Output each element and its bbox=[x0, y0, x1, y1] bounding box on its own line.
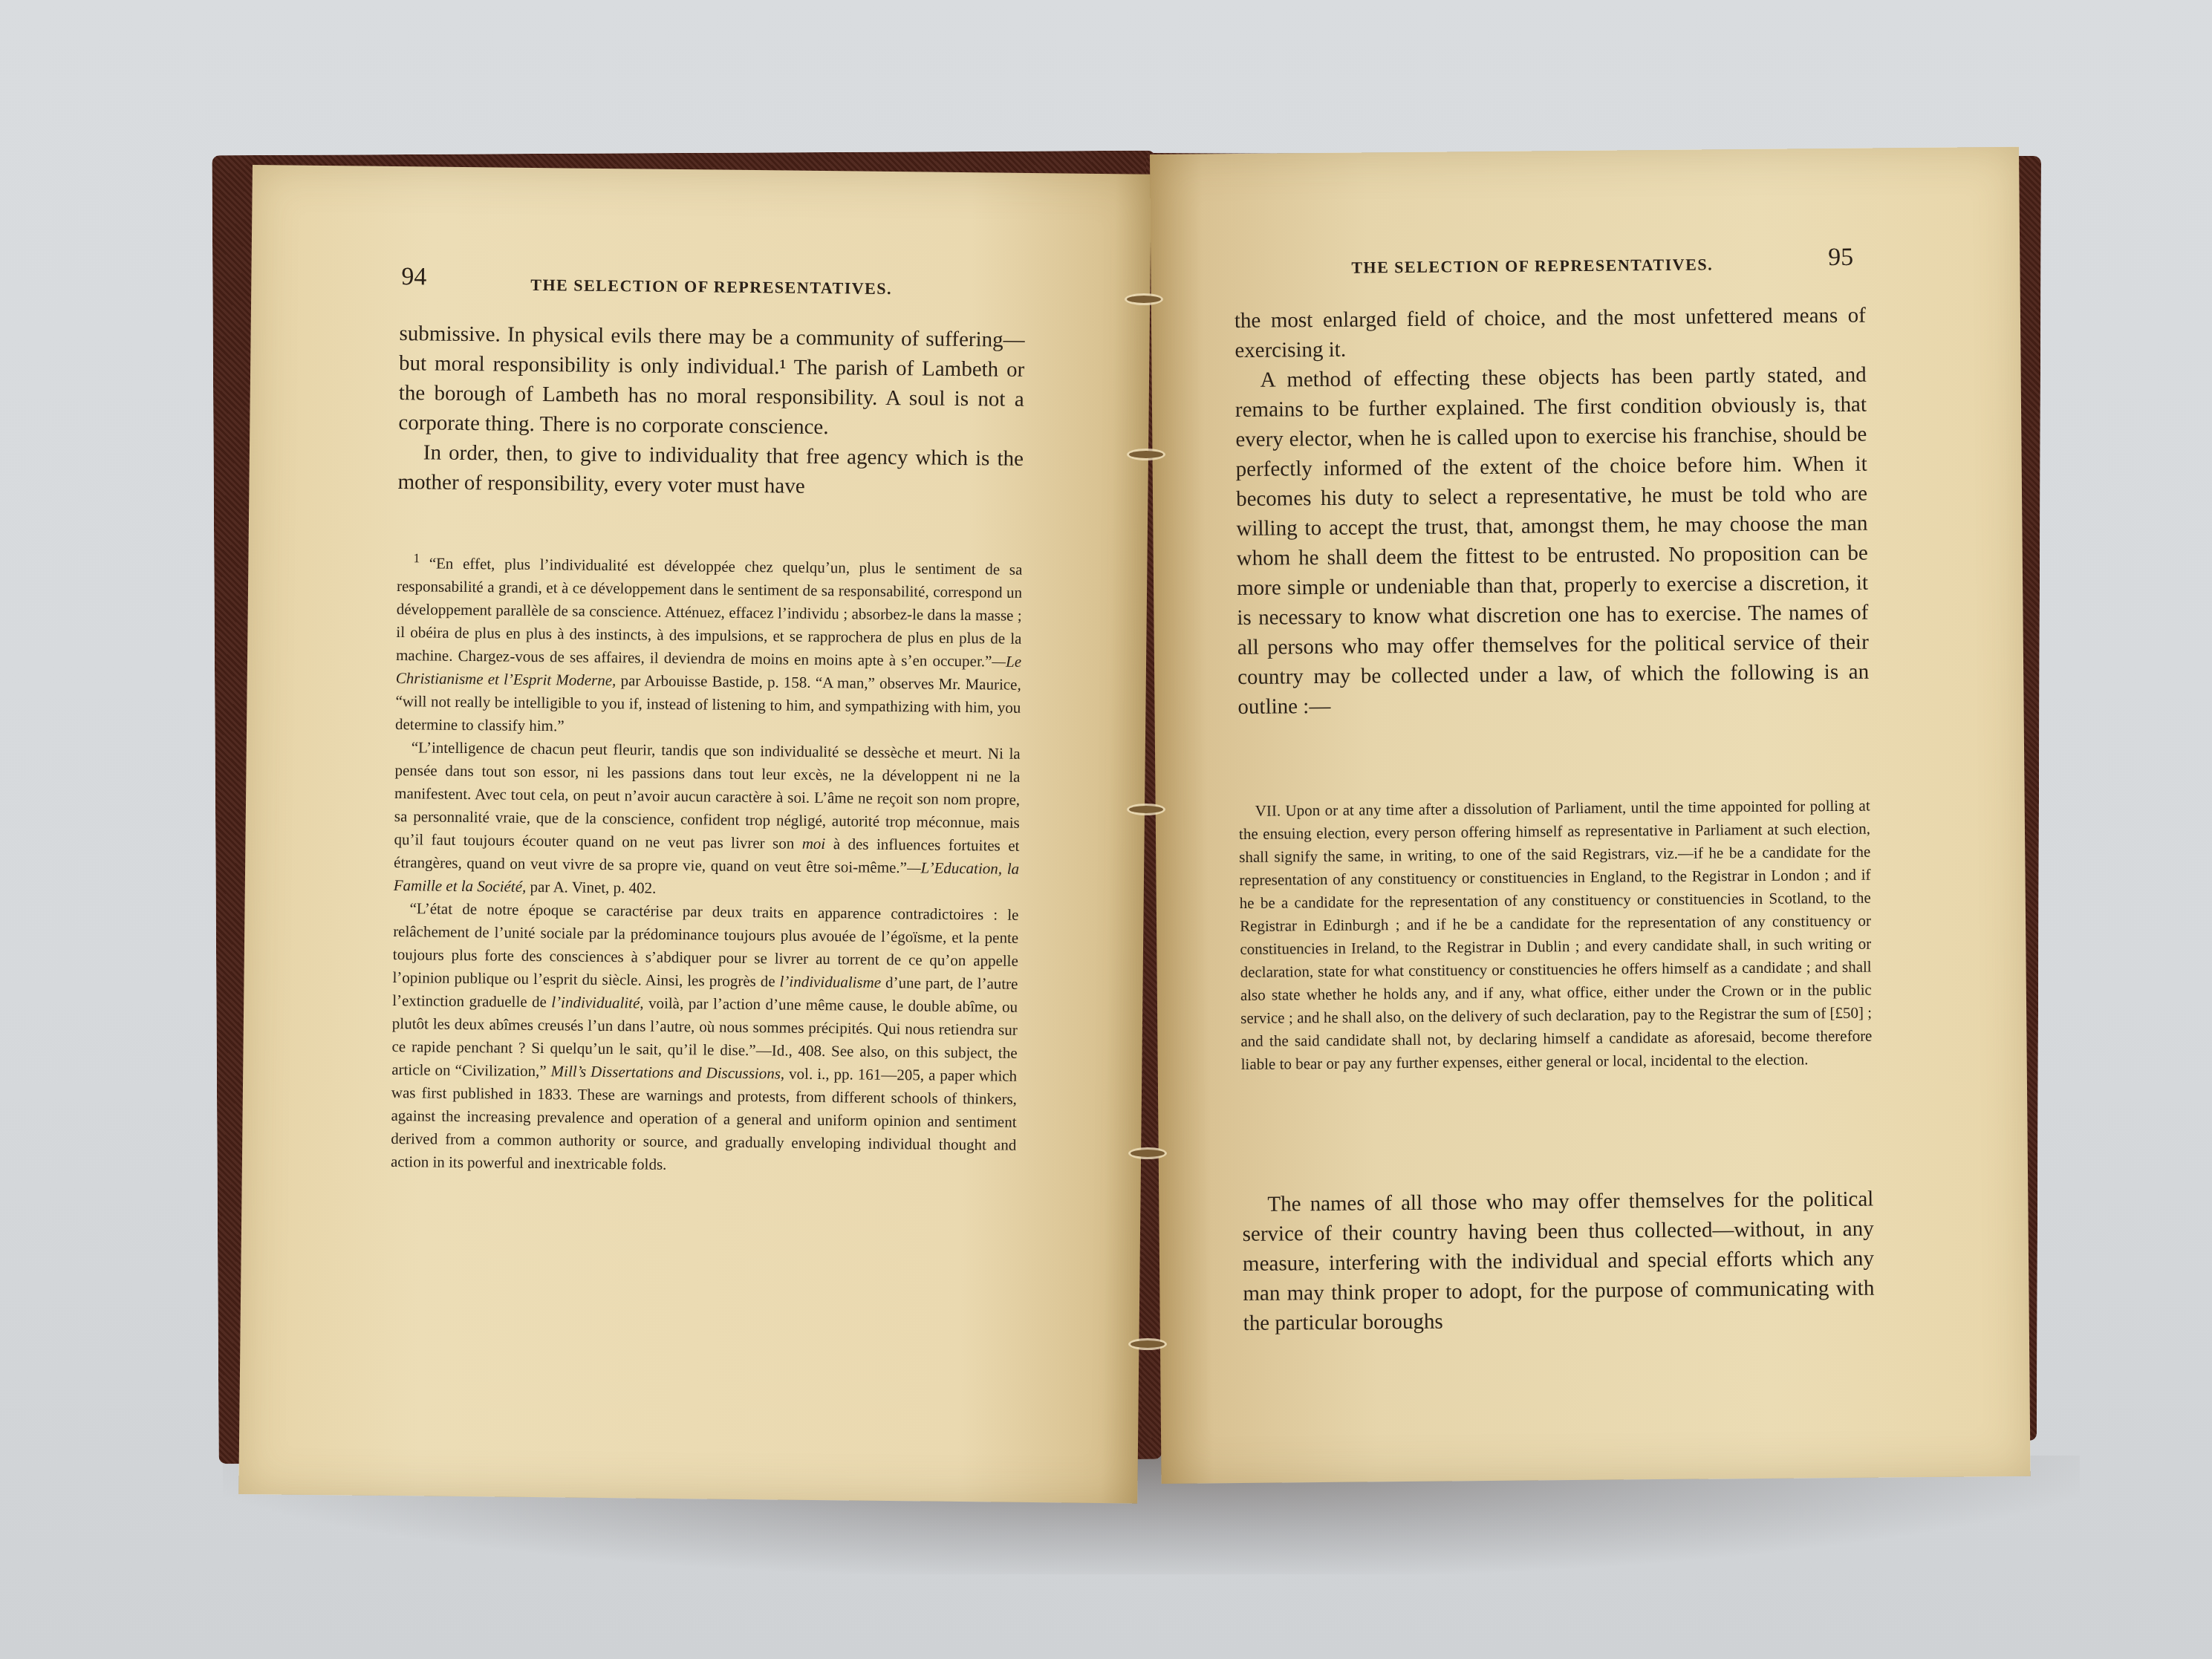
left-body-text: submissive. In physical evils there may … bbox=[397, 319, 1024, 503]
running-head-left: THE SELECTION OF REPRESENTATIVES. bbox=[530, 276, 892, 299]
binding-stitch bbox=[1129, 806, 1163, 813]
right-body-continuation: The names of all those who may offer the… bbox=[1242, 1184, 1875, 1338]
binding-stitch bbox=[1131, 1340, 1165, 1348]
left-body-paragraph-2: In order, then, to give to individuality… bbox=[397, 437, 1024, 503]
right-body-paragraph-1: the most enlarged field of choice, and t… bbox=[1235, 301, 1867, 365]
right-page: THE SELECTION OF REPRESENTATIVES. 95 the… bbox=[1150, 147, 2031, 1484]
right-body-text: the most enlarged field of choice, and t… bbox=[1235, 301, 1870, 722]
footnote-marker: 1 bbox=[413, 550, 420, 565]
footnote-paragraph-1: 1 “En effet, plus l’individualité est dé… bbox=[395, 547, 1023, 743]
legal-clause-vii: VII. Upon or at any time after a dissolu… bbox=[1239, 795, 1873, 1076]
left-page: 94 THE SELECTION OF REPRESENTATIVES. sub… bbox=[238, 165, 1151, 1504]
left-body-paragraph-1: submissive. In physical evils there may … bbox=[398, 319, 1025, 444]
binding-stitch bbox=[1131, 1150, 1165, 1157]
footnote: 1 “En effet, plus l’individualité est dé… bbox=[391, 547, 1023, 1180]
citation-title: Mill’s Dissertations and Discussions, bbox=[551, 1062, 785, 1082]
binding-stitch bbox=[1129, 451, 1163, 458]
page-number-right: 95 bbox=[1828, 244, 1853, 272]
running-head-right: THE SELECTION OF REPRESENTATIVES. bbox=[1351, 255, 1713, 277]
binding-stitch bbox=[1127, 296, 1161, 303]
footnote-paragraph-3: “L’état de notre époque se caractérise p… bbox=[391, 897, 1019, 1180]
footnote-paragraph-2: “L’intelligence de chacun peut fleurir, … bbox=[394, 736, 1021, 904]
page-number-left: 94 bbox=[401, 263, 426, 291]
right-body-paragraph-2: A method of effecting these objects has … bbox=[1235, 360, 1869, 722]
